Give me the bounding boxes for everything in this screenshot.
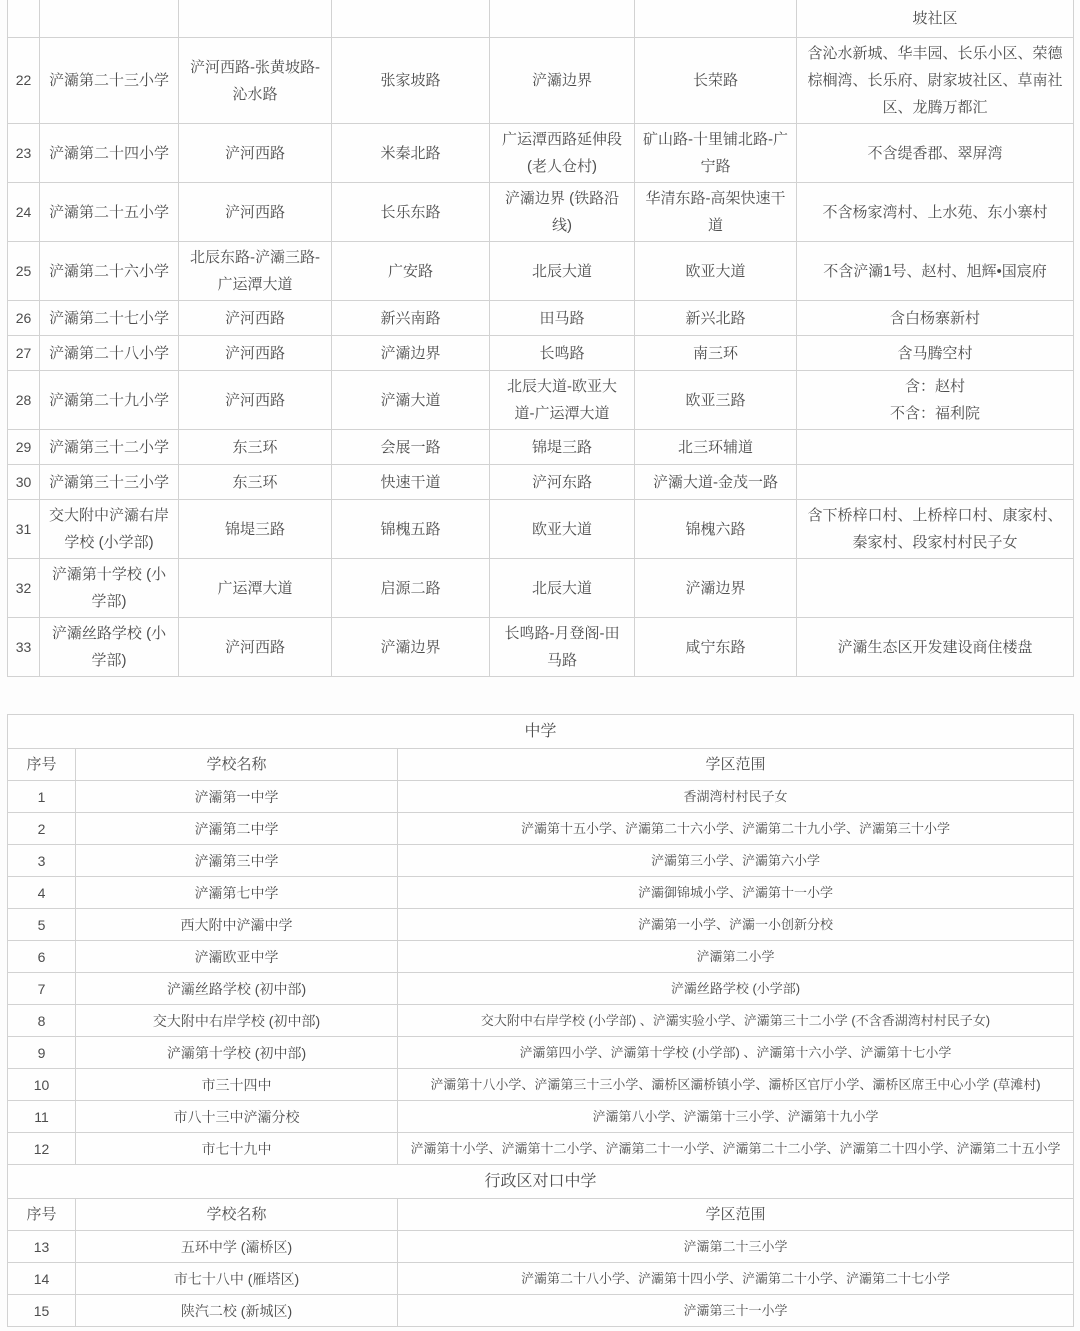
- table-row: 12市七十九中浐灞第十小学、浐灞第十二小学、浐灞第二十一小学、浐灞第二十二小学、…: [8, 1133, 1074, 1165]
- table-cell: 不含缇香郡、翠屏湾: [797, 124, 1074, 183]
- table-row: 29浐灞第三十二小学东三环会展一路锦堤三路北三环辅道: [8, 430, 1074, 465]
- table-cell: 广运潭大道: [179, 559, 332, 618]
- table-cell: 浐灞第三十二小学: [40, 430, 179, 465]
- table-cell: [797, 465, 1074, 500]
- table-cell: 快速干道: [332, 465, 490, 500]
- table-cell: 交大附中浐灞右岸学校 (小学部): [40, 500, 179, 559]
- row-number-cell: 22: [8, 38, 40, 124]
- table-row: 9浐灞第十学校 (初中部)浐灞第四小学、浐灞第十学校 (小学部) 、浐灞第十六小…: [8, 1037, 1074, 1069]
- table-cell: 咸宁东路: [635, 618, 797, 677]
- table-cell: 浐灞第十学校 (小学部): [40, 559, 179, 618]
- district-range-cell: 浐灞第四小学、浐灞第十学校 (小学部) 、浐灞第十六小学、浐灞第十七小学: [398, 1037, 1074, 1069]
- primary-school-table: 坡社区22浐灞第二十三小学浐河西路-张黄坡路-沁水路张家坡路浐灞边界长荣路含沁水…: [7, 0, 1074, 677]
- table-cell: 田马路: [490, 301, 635, 336]
- district-range-cell: 浐灞第一小学、浐灞一小创新分校: [398, 909, 1074, 941]
- table-row: 6浐灞欧亚中学浐灞第二小学: [8, 941, 1074, 973]
- table-cell: [490, 0, 635, 38]
- table-cell: 欧亚三路: [635, 371, 797, 430]
- table-cell: 南三环: [635, 336, 797, 371]
- row-number-cell: 12: [8, 1133, 76, 1165]
- table-cell: 浐河东路: [490, 465, 635, 500]
- school-name-cell: 西大附中浐灞中学: [76, 909, 398, 941]
- row-number-cell: 27: [8, 336, 40, 371]
- table-row: 28浐灞第二十九小学浐河西路浐灞大道北辰大道-欧亚大道-广运潭大道欧亚三路含：赵…: [8, 371, 1074, 430]
- header-row: 序号学校名称学区范围: [8, 1199, 1074, 1231]
- table-cell: [179, 0, 332, 38]
- table-cell: 会展一路: [332, 430, 490, 465]
- school-name-cell: 浐灞丝路学校 (初中部): [76, 973, 398, 1005]
- table-row: 22浐灞第二十三小学浐河西路-张黄坡路-沁水路张家坡路浐灞边界长荣路含沁水新城、…: [8, 38, 1074, 124]
- table-cell: [797, 559, 1074, 618]
- table-cell: 北辰大道: [490, 242, 635, 301]
- table-row: 32浐灞第十学校 (小学部)广运潭大道启源二路北辰大道浐灞边界: [8, 559, 1074, 618]
- row-number-cell: 5: [8, 909, 76, 941]
- header-row: 序号学校名称学区范围: [8, 749, 1074, 781]
- district-range-cell: 香湖湾村村民子女: [398, 781, 1074, 813]
- table-row: 25浐灞第二十六小学北辰东路-浐灞三路-广运潭大道广安路北辰大道欧亚大道不含浐灞…: [8, 242, 1074, 301]
- district-range-cell: 交大附中右岸学校 (小学部) 、浐灞实验小学、浐灞第三十二小学 (不含香湖湾村村…: [398, 1005, 1074, 1037]
- table-cell: 北辰大道: [490, 559, 635, 618]
- row-number-cell: 30: [8, 465, 40, 500]
- row-number-cell: 32: [8, 559, 40, 618]
- table-cell: 浐灞第二十五小学: [40, 183, 179, 242]
- table-cell: 新兴南路: [332, 301, 490, 336]
- table-row: 中学: [8, 715, 1074, 749]
- table-row: 行政区对口中学: [8, 1165, 1074, 1199]
- district-range-cell: 浐灞第十八小学、浐灞第三十三小学、灞桥区灞桥镇小学、灞桥区官厅小学、灞桥区席王中…: [398, 1069, 1074, 1101]
- district-range-cell: 浐灞第三十一小学: [398, 1295, 1074, 1327]
- district-range-cell: 浐灞第二十八小学、浐灞第十四小学、浐灞第二十小学、浐灞第二十七小学: [398, 1263, 1074, 1295]
- table-cell: 浐灞边界: [332, 336, 490, 371]
- column-header: 学区范围: [398, 749, 1074, 781]
- table-cell: [797, 430, 1074, 465]
- column-header: 序号: [8, 749, 76, 781]
- table-cell: 长乐东路: [332, 183, 490, 242]
- row-number-cell: 13: [8, 1231, 76, 1263]
- table-row: 15陕汽二校 (新城区)浐灞第三十一小学: [8, 1295, 1074, 1327]
- table-cell: 浐河西路: [179, 301, 332, 336]
- row-number-cell: 24: [8, 183, 40, 242]
- column-header: 学区范围: [398, 1199, 1074, 1231]
- table-cell: 浐河西路: [179, 336, 332, 371]
- column-header: 学校名称: [76, 749, 398, 781]
- row-number-cell: 11: [8, 1101, 76, 1133]
- district-range-cell: 浐灞第三小学、浐灞第六小学: [398, 845, 1074, 877]
- table-row: 13五环中学 (灞桥区)浐灞第二十三小学: [8, 1231, 1074, 1263]
- table-cell: [332, 0, 490, 38]
- school-name-cell: 浐灞第二中学: [76, 813, 398, 845]
- district-range-cell: 浐灞第二十三小学: [398, 1231, 1074, 1263]
- table-cell: 浐灞第三十三小学: [40, 465, 179, 500]
- row-number-cell: 2: [8, 813, 76, 845]
- table-cell: 锦堤三路: [179, 500, 332, 559]
- table-cell: 广安路: [332, 242, 490, 301]
- column-header: 学校名称: [76, 1199, 398, 1231]
- row-number-cell: 7: [8, 973, 76, 1005]
- table-cell: 启源二路: [332, 559, 490, 618]
- table-section-title: 中学: [8, 715, 1074, 749]
- table-cell: 浐灞丝路学校 (小学部): [40, 618, 179, 677]
- table-cell: 含下桥梓口村、上桥梓口村、康家村、秦家村、段家村村民子女: [797, 500, 1074, 559]
- table-cell: 浐河西路: [179, 618, 332, 677]
- table-cell: 新兴北路: [635, 301, 797, 336]
- school-name-cell: 浐灞第三中学: [76, 845, 398, 877]
- page: 坡社区22浐灞第二十三小学浐河西路-张黄坡路-沁水路张家坡路浐灞边界长荣路含沁水…: [0, 0, 1080, 1331]
- table-cell: 浐灞第二十三小学: [40, 38, 179, 124]
- table-row: 10市三十四中浐灞第十八小学、浐灞第三十三小学、灞桥区灞桥镇小学、灞桥区官厅小学…: [8, 1069, 1074, 1101]
- row-number-cell: 8: [8, 1005, 76, 1037]
- table-cell: 长鸣路: [490, 336, 635, 371]
- table-cell: 坡社区: [797, 0, 1074, 38]
- table-cell: 北辰东路-浐灞三路-广运潭大道: [179, 242, 332, 301]
- table-cell: 浐灞第二十八小学: [40, 336, 179, 371]
- row-number-cell: 9: [8, 1037, 76, 1069]
- table-cell: 浐灞大道-金茂一路: [635, 465, 797, 500]
- table-cell: 浐河西路-张黄坡路-沁水路: [179, 38, 332, 124]
- table-row: 11市八十三中浐灞分校浐灞第八小学、浐灞第十三小学、浐灞第十九小学: [8, 1101, 1074, 1133]
- table-cell: 长荣路: [635, 38, 797, 124]
- table-cell: 锦堤三路: [490, 430, 635, 465]
- row-number-cell: 14: [8, 1263, 76, 1295]
- table-cell: 浐灞边界 (铁路沿线): [490, 183, 635, 242]
- row-number-cell: 6: [8, 941, 76, 973]
- table-cell: 锦槐五路: [332, 500, 490, 559]
- district-range-cell: 浐灞御锦城小学、浐灞第十一小学: [398, 877, 1074, 909]
- table-cell: 浐河西路: [179, 124, 332, 183]
- table-cell: 浐灞边界: [635, 559, 797, 618]
- table-cell: 含沁水新城、华丰园、长乐小区、荣德棕榈湾、长乐府、尉家坡社区、草南社区、龙腾万都…: [797, 38, 1074, 124]
- school-name-cell: 浐灞第一中学: [76, 781, 398, 813]
- school-name-cell: 浐灞欧亚中学: [76, 941, 398, 973]
- row-number-cell: 25: [8, 242, 40, 301]
- row-number-cell: 31: [8, 500, 40, 559]
- table-row: 7浐灞丝路学校 (初中部)浐灞丝路学校 (小学部): [8, 973, 1074, 1005]
- table-cell: 长鸣路-月登阁-田马路: [490, 618, 635, 677]
- row-number-cell: 3: [8, 845, 76, 877]
- table-row: 14市七十八中 (雁塔区)浐灞第二十八小学、浐灞第十四小学、浐灞第二十小学、浐灞…: [8, 1263, 1074, 1295]
- table-section-title: 行政区对口中学: [8, 1165, 1074, 1199]
- row-number-cell: 29: [8, 430, 40, 465]
- column-header: 序号: [8, 1199, 76, 1231]
- table-cell: 欧亚大道: [490, 500, 635, 559]
- row-number-cell: 4: [8, 877, 76, 909]
- table-cell: 含：赵村 不含：福利院: [797, 371, 1074, 430]
- table-cell: 浐灞第二十九小学: [40, 371, 179, 430]
- row-number-cell: [8, 0, 40, 38]
- table-row: 27浐灞第二十八小学浐河西路浐灞边界长鸣路南三环含马腾空村: [8, 336, 1074, 371]
- school-name-cell: 交大附中右岸学校 (初中部): [76, 1005, 398, 1037]
- table-cell: 浐灞生态区开发建设商住楼盘: [797, 618, 1074, 677]
- table-cell: 含马腾空村: [797, 336, 1074, 371]
- table-row: 3浐灞第三中学浐灞第三小学、浐灞第六小学: [8, 845, 1074, 877]
- table-row: 1浐灞第一中学香湖湾村村民子女: [8, 781, 1074, 813]
- school-name-cell: 浐灞第七中学: [76, 877, 398, 909]
- table-row: 30浐灞第三十三小学东三环快速干道浐河东路浐灞大道-金茂一路: [8, 465, 1074, 500]
- table-cell: 欧亚大道: [635, 242, 797, 301]
- table-row: 23浐灞第二十四小学浐河西路米秦北路广运潭西路延伸段 (老人仓村)矿山路-十里铺…: [8, 124, 1074, 183]
- table-cell: 浐灞边界: [332, 618, 490, 677]
- table-cell: [40, 0, 179, 38]
- table-row: 4浐灞第七中学浐灞御锦城小学、浐灞第十一小学: [8, 877, 1074, 909]
- row-number-cell: 15: [8, 1295, 76, 1327]
- district-range-cell: 浐灞第十小学、浐灞第十二小学、浐灞第二十一小学、浐灞第二十二小学、浐灞第二十四小…: [398, 1133, 1074, 1165]
- table-cell: 浐河西路: [179, 371, 332, 430]
- district-range-cell: 浐灞丝路学校 (小学部): [398, 973, 1074, 1005]
- row-number-cell: 28: [8, 371, 40, 430]
- table-cell: 不含浐灞1号、赵村、旭辉•国宸府: [797, 242, 1074, 301]
- school-name-cell: 市三十四中: [76, 1069, 398, 1101]
- table-cell: 广运潭西路延伸段 (老人仓村): [490, 124, 635, 183]
- table-row: 31交大附中浐灞右岸学校 (小学部)锦堤三路锦槐五路欧亚大道锦槐六路含下桥梓口村…: [8, 500, 1074, 559]
- table-cell: 北辰大道-欧亚大道-广运潭大道: [490, 371, 635, 430]
- table-row: 坡社区: [8, 0, 1074, 38]
- table-cell: 东三环: [179, 430, 332, 465]
- table-row: 2浐灞第二中学浐灞第十五小学、浐灞第二十六小学、浐灞第二十九小学、浐灞第三十小学: [8, 813, 1074, 845]
- school-name-cell: 市七十九中: [76, 1133, 398, 1165]
- table-row: 24浐灞第二十五小学浐河西路长乐东路浐灞边界 (铁路沿线)华清东路-高架快速干道…: [8, 183, 1074, 242]
- middle-school-table: 中学序号学校名称学区范围1浐灞第一中学香湖湾村村民子女2浐灞第二中学浐灞第十五小…: [7, 714, 1074, 1327]
- table-cell: 浐灞边界: [490, 38, 635, 124]
- table-cell: 浐河西路: [179, 183, 332, 242]
- school-name-cell: 市七十八中 (雁塔区): [76, 1263, 398, 1295]
- row-number-cell: 1: [8, 781, 76, 813]
- row-number-cell: 26: [8, 301, 40, 336]
- school-name-cell: 市八十三中浐灞分校: [76, 1101, 398, 1133]
- school-name-cell: 浐灞第十学校 (初中部): [76, 1037, 398, 1069]
- table-row: 33浐灞丝路学校 (小学部)浐河西路浐灞边界长鸣路-月登阁-田马路咸宁东路浐灞生…: [8, 618, 1074, 677]
- table-cell: 不含杨家湾村、上水苑、东小寨村: [797, 183, 1074, 242]
- school-name-cell: 陕汽二校 (新城区): [76, 1295, 398, 1327]
- district-range-cell: 浐灞第十五小学、浐灞第二十六小学、浐灞第二十九小学、浐灞第三十小学: [398, 813, 1074, 845]
- row-number-cell: 10: [8, 1069, 76, 1101]
- table-cell: 浐灞第二十七小学: [40, 301, 179, 336]
- district-range-cell: 浐灞第八小学、浐灞第十三小学、浐灞第十九小学: [398, 1101, 1074, 1133]
- table-cell: 米秦北路: [332, 124, 490, 183]
- school-name-cell: 五环中学 (灞桥区): [76, 1231, 398, 1263]
- table-cell: 北三环辅道: [635, 430, 797, 465]
- row-number-cell: 33: [8, 618, 40, 677]
- table-cell: 含白杨寨新村: [797, 301, 1074, 336]
- row-number-cell: 23: [8, 124, 40, 183]
- table-cell: 浐灞第二十六小学: [40, 242, 179, 301]
- table-cell: 浐灞第二十四小学: [40, 124, 179, 183]
- table-cell: 张家坡路: [332, 38, 490, 124]
- table-cell: 锦槐六路: [635, 500, 797, 559]
- table-row: 26浐灞第二十七小学浐河西路新兴南路田马路新兴北路含白杨寨新村: [8, 301, 1074, 336]
- table-cell: 矿山路-十里铺北路-广宁路: [635, 124, 797, 183]
- district-range-cell: 浐灞第二小学: [398, 941, 1074, 973]
- table-cell: 华清东路-高架快速干道: [635, 183, 797, 242]
- table-row: 8交大附中右岸学校 (初中部)交大附中右岸学校 (小学部) 、浐灞实验小学、浐灞…: [8, 1005, 1074, 1037]
- table-cell: 浐灞大道: [332, 371, 490, 430]
- table-cell: [635, 0, 797, 38]
- table-cell: 东三环: [179, 465, 332, 500]
- table-row: 5西大附中浐灞中学浐灞第一小学、浐灞一小创新分校: [8, 909, 1074, 941]
